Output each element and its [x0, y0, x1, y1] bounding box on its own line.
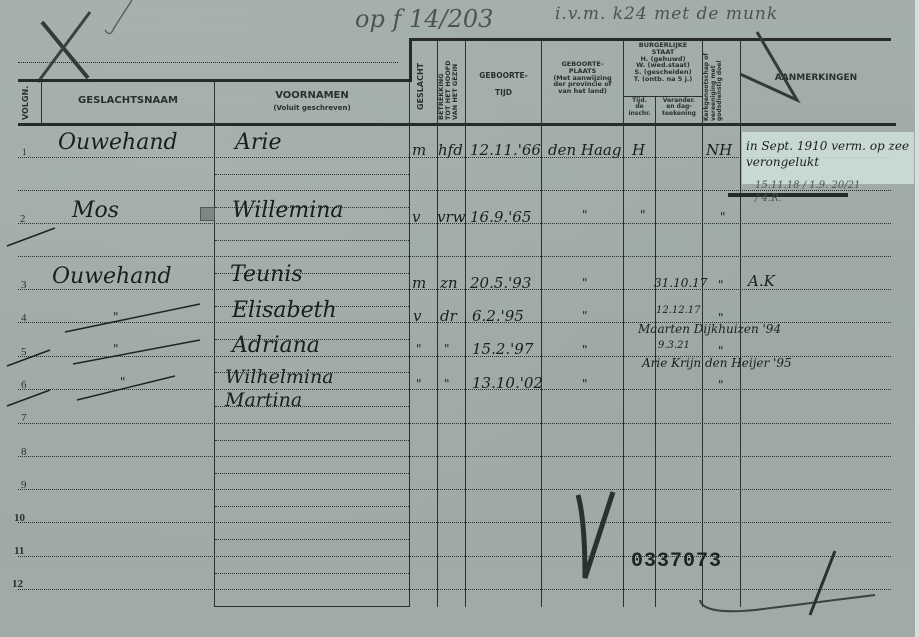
civil-status-cell: H	[632, 141, 645, 159]
birthplace-cell: "	[582, 377, 588, 391]
strike-mark	[5, 222, 65, 250]
header-voornamen: VOORNAMEN	[215, 91, 409, 102]
remarks-cell: 15.11.18 / 1.9. 20/21 / 4.R.	[755, 180, 865, 205]
row-number: 1	[22, 147, 27, 157]
gender-cell: v	[412, 208, 420, 226]
surname-cell: Mos	[72, 198, 119, 223]
surname-cell: "	[113, 310, 119, 324]
relation-cell: "	[444, 342, 450, 356]
registration-date-cell: 31.10.17	[654, 276, 707, 290]
change-cell: "	[718, 378, 724, 392]
pencil-check-mark	[100, 0, 140, 40]
header-geboortetijd: GEBOORTE- TIJD	[466, 68, 541, 101]
birthdate-cell: 13.10.'02	[472, 374, 543, 392]
row-number: 8	[21, 446, 27, 458]
header-voornamen-sub: (Voluit geschreven)	[215, 105, 409, 112]
birthdate-cell: 20.5.'93	[470, 274, 531, 292]
civil-status-cell: "	[640, 208, 646, 222]
birthplace-cell: "	[582, 276, 588, 290]
birthplace-cell: den Haag	[548, 141, 621, 159]
registration-date-cell: 9.3.21	[658, 340, 690, 351]
birthplace-cell: "	[582, 309, 588, 323]
firstname-cell: Teunis	[230, 262, 303, 287]
birthdate-cell: 16.9.'65	[470, 208, 531, 226]
header-geslacht: GESLACHT	[416, 63, 425, 110]
church-cell: NH	[706, 141, 732, 159]
surname-cell: Ouwehand	[58, 130, 178, 155]
firstname-cell: Arie	[235, 130, 281, 155]
header-volgnr: VOLGN.	[21, 86, 30, 120]
gender-cell: m	[412, 274, 426, 292]
row-number: 7	[21, 412, 27, 424]
surname-cell: Ouwehand	[52, 264, 172, 289]
header-burgerlijke-staat: BURGERLIJKE STAAT H. (gehuwd) W. (wed.st…	[624, 42, 702, 83]
gender-cell: "	[416, 342, 422, 356]
birthplace-cell: "	[582, 343, 588, 357]
header-geslachtsnaam: GESLACHTSNAAM	[42, 96, 214, 107]
remarks-cell: in Sept. 1910 verm. op zee verongelukt	[746, 138, 911, 170]
top-left-x-mark	[30, 10, 100, 85]
card-edge	[915, 0, 919, 637]
change-cell: "	[718, 278, 724, 292]
relation-cell: zn	[440, 274, 458, 292]
marker-box-icon	[200, 207, 215, 221]
birthdate-cell: 12.11.'66	[470, 141, 541, 159]
church-cell: "	[720, 210, 726, 224]
gender-cell: "	[416, 377, 422, 391]
row-number: 3	[21, 279, 27, 291]
registration-card: op f 14/203 i.v.m. k24 met de munk VOLGN…	[0, 0, 919, 637]
relation-cell: "	[444, 377, 450, 391]
remarks-cell: Arie Krijn den Heijer '95	[642, 356, 792, 370]
row-number: 9	[21, 479, 27, 491]
pencil-arrow-mark	[735, 30, 815, 105]
row-number: 4	[21, 312, 27, 324]
strike-mark	[5, 330, 205, 370]
row-number: 10	[14, 512, 25, 524]
relation-cell: hfd	[438, 141, 463, 159]
remarks-cell: A.K	[748, 272, 775, 290]
surname-cell: "	[113, 342, 119, 356]
pencil-note: i.v.m. k24 met de munk	[555, 4, 778, 24]
header-bs-tijd: Tijd. de inschr.	[624, 98, 655, 117]
gender-cell: v	[413, 307, 421, 325]
header-geboorteplaats: GEBOORTE- PLAATS (Met aanwijzing der pro…	[542, 61, 623, 95]
check-mark	[575, 490, 625, 590]
firstname-cell: Willemina	[232, 198, 344, 223]
firstname-cell: Elisabeth	[232, 298, 337, 323]
header-kerkgenootschap: Kerkgenootschap of vereeniging met godsd…	[704, 53, 724, 121]
strike-mark	[5, 370, 185, 410]
remarks-cell: Maarten Dijkhuizen '94	[638, 322, 781, 336]
relation-cell: dr	[440, 307, 457, 325]
reference-annotation: op f 14/203	[355, 5, 493, 33]
pencil-mark	[695, 545, 875, 620]
row-number: 12	[12, 578, 23, 590]
firstname-cell: Wilhelmina Martina	[225, 366, 405, 412]
firstname-cell: Adriana	[232, 333, 320, 358]
header-bs-verander: Verander. en dag- teekening	[656, 98, 702, 117]
relation-cell: vrw	[437, 208, 465, 226]
header-betrekking: BETREKKING TOT HET HOOFD VAN HET GEZIN	[438, 60, 458, 120]
row-number: 11	[14, 545, 24, 557]
registration-date-cell: 12.12.17	[656, 305, 701, 316]
birthdate-cell: 15.2.'97	[472, 340, 533, 358]
birthplace-cell: "	[582, 208, 588, 222]
birthdate-cell: 6.2.'95	[472, 307, 524, 325]
surname-cell: "	[120, 375, 126, 389]
gender-cell: m	[412, 141, 426, 159]
